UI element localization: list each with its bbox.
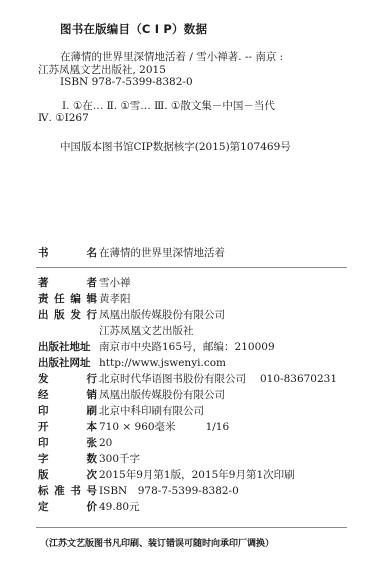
info-row-author: 著 者 雪小禅 xyxy=(38,275,131,290)
info-row-website: 出版社网址 http://www.jswenyi.com xyxy=(38,355,226,370)
book-title-label: 书 名 xyxy=(38,245,97,260)
info-row-printer: 印 刷 北京中科印刷有限公司 xyxy=(38,403,204,418)
divider-bottom xyxy=(36,527,347,528)
info-label: 开 本 xyxy=(38,419,97,434)
cip-publisher-line: 江苏凤凰文艺出版社, 2015 xyxy=(38,64,166,76)
info-row-address: 出版社地址 南京市中央路165号，邮编：210009 xyxy=(38,339,275,354)
info-row-publisher-2: 江苏凤凰文艺出版社 xyxy=(38,323,194,338)
info-value: 20 xyxy=(99,437,112,449)
info-value: 710 × 960毫米1/16 xyxy=(99,419,229,434)
info-label: 定 价 xyxy=(38,499,97,514)
cip-classification-line1: Ⅰ. ①在… Ⅱ. ①雪… Ⅲ. ①散文集－中国－当代 xyxy=(62,100,275,112)
cip-classification-line2: Ⅳ. ①I267 xyxy=(38,112,89,124)
info-label: 发 行 xyxy=(38,371,97,386)
cip-title-line: 在薄情的世界里深情地活着 / 雪小禅著. -- 南京 : xyxy=(60,51,283,63)
cip-header: 图书在版编目（C I P）数据 xyxy=(60,21,207,37)
info-row-isbn: 标 准 书 号 ISBN 978-7-5399-8382-0 xyxy=(38,483,239,498)
info-value: 49.80元 xyxy=(99,499,140,514)
info-label: 著 者 xyxy=(38,275,97,290)
book-title-value: 在薄情的世界里深情地活着 xyxy=(99,245,225,260)
format-fraction: 1/16 xyxy=(206,421,230,433)
info-label: 出版社网址 xyxy=(38,355,97,370)
info-value: ISBN 978-7-5399-8382-0 xyxy=(99,483,239,498)
divider-top xyxy=(36,267,347,268)
info-row-sheets: 印 张 20 xyxy=(38,435,112,450)
info-label: 出 版 发 行 xyxy=(38,307,97,322)
info-label: 出版社地址 xyxy=(38,339,97,354)
info-value: 雪小禅 xyxy=(99,275,131,290)
info-value: 北京中科印刷有限公司 xyxy=(99,403,204,418)
cip-isbn-line: ISBN 978-7-5399-8382-0 xyxy=(60,76,193,88)
cip-number: 中国版本图书馆CIP数据核字(2015)第107469号 xyxy=(60,139,291,154)
info-row-price: 定 价 49.80元 xyxy=(38,499,140,514)
info-row-edition: 版 次 2015年9月第1版，2015年9月第1次印刷 xyxy=(38,467,295,482)
book-title-row: 书 名 在薄情的世界里深情地活着 xyxy=(38,245,225,260)
info-label: 责 任 编 辑 xyxy=(38,291,97,306)
info-row-editor: 责 任 编 辑 黄孝阳 xyxy=(38,291,131,306)
info-label: 标 准 书 号 xyxy=(38,483,97,498)
info-label: 印 张 xyxy=(38,435,97,450)
info-value: 南京市中央路165号，邮编：210009 xyxy=(99,339,275,354)
footer-note: （江苏文艺版图书凡印刷、装订错误可随时向承印厂调换） xyxy=(40,536,274,549)
info-label: 印 刷 xyxy=(38,403,97,418)
info-label: 经 销 xyxy=(38,387,97,402)
info-value: 黄孝阳 xyxy=(99,291,131,306)
info-row-distribution: 发 行 北京时代华语图书股份有限公司010-83670231 xyxy=(38,371,337,386)
info-value: 300千字 xyxy=(99,451,140,466)
info-value: 江苏凤凰文艺出版社 xyxy=(99,323,194,338)
phone-number: 010-83670231 xyxy=(260,373,337,385)
info-value: 凤凰出版传媒股份有限公司 xyxy=(99,387,225,402)
info-row-word-count: 字 数 300千字 xyxy=(38,451,140,466)
info-value: http://www.jswenyi.com xyxy=(99,357,226,369)
info-row-publisher: 出 版 发 行 凤凰出版传媒股份有限公司 xyxy=(38,307,225,322)
info-label: 版 次 xyxy=(38,467,97,482)
info-value: 北京时代华语图书股份有限公司010-83670231 xyxy=(99,371,337,386)
info-value: 2015年9月第1版，2015年9月第1次印刷 xyxy=(99,467,295,482)
info-row-format: 开 本 710 × 960毫米1/16 xyxy=(38,419,229,434)
info-label: 字 数 xyxy=(38,451,97,466)
info-value: 凤凰出版传媒股份有限公司 xyxy=(99,307,225,322)
info-row-seller: 经 销 凤凰出版传媒股份有限公司 xyxy=(38,387,225,402)
